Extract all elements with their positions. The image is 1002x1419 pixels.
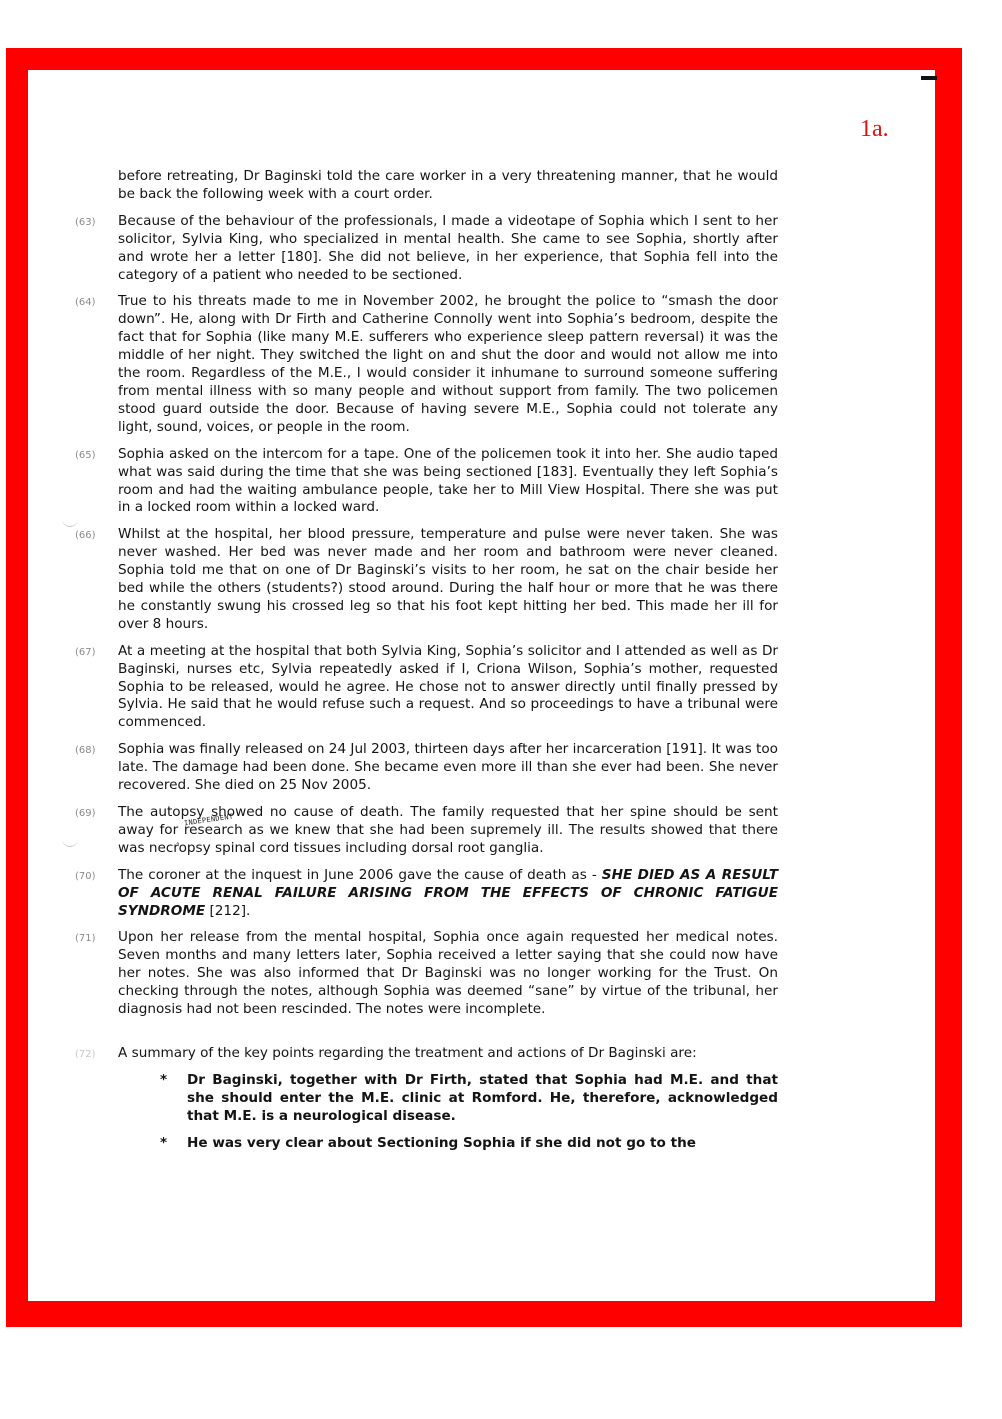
paragraph-number: (68) [75, 742, 96, 760]
margin-punch-mark [62, 838, 78, 847]
paragraph-71: (71) Upon her release from the mental ho… [118, 929, 778, 1019]
paragraph-65: (65) Sophia asked on the intercom for a … [118, 446, 778, 518]
margin-punch-mark [62, 518, 78, 527]
intro-paragraph: before retreating, Dr Baginski told the … [118, 168, 778, 204]
paragraph-text: Sophia was finally released on 24 Jul 20… [118, 741, 778, 793]
asterisk-bullet-icon: * [160, 1135, 167, 1153]
paragraph-text: A summary of the key points regarding th… [118, 1045, 697, 1061]
paragraph-64: (64) True to his threats made to me in N… [118, 293, 778, 436]
red-page-border: 1a. before retreating, Dr Baginski told … [6, 48, 962, 1327]
page-label: 1a. [860, 116, 889, 143]
summary-bullet: * Dr Baginski, together with Dr Firth, s… [187, 1072, 778, 1126]
paragraph-72: (72) A summary of the key points regardi… [118, 1045, 778, 1153]
bullet-text: He was very clear about Sectioning Sophi… [187, 1135, 696, 1151]
spacer [118, 1028, 778, 1045]
asterisk-bullet-icon: * [160, 1072, 167, 1090]
paragraph-text: Whilst at the hospital, her blood pressu… [118, 526, 778, 632]
paragraph-text-after: [212]. [205, 903, 250, 919]
paragraph-number: (67) [75, 644, 96, 662]
insertion-caret-icon: ‸ [176, 832, 179, 850]
paragraph-number: (71) [75, 930, 96, 948]
corner-mark [921, 76, 937, 80]
paragraph-text-before: The coroner at the inquest in June 2006 … [118, 867, 602, 883]
paragraph-70: (70) The coroner at the inquest in June … [118, 867, 778, 921]
paragraph-number: (66) [75, 527, 96, 545]
paragraph-63: (63) Because of the behaviour of the pro… [118, 213, 778, 285]
paragraph-text: Because of the behaviour of the professi… [118, 213, 778, 283]
paragraph-66: (66) Whilst at the hospital, her blood p… [118, 526, 778, 633]
paragraph-number: (64) [75, 294, 96, 312]
paragraph-69: (69) The autopsy showed no cause of deat… [118, 804, 778, 858]
bullet-text: Dr Baginski, together with Dr Firth, sta… [187, 1072, 778, 1124]
paragraph-text: Sophia asked on the intercom for a tape.… [118, 446, 778, 516]
document-page: 1a. before retreating, Dr Baginski told … [28, 70, 935, 1301]
paragraph-text: Upon her release from the mental hospita… [118, 929, 778, 1017]
summary-bullet-list: * Dr Baginski, together with Dr Firth, s… [118, 1072, 778, 1153]
paragraph-67: (67) At a meeting at the hospital that b… [118, 643, 778, 733]
paragraph-68: (68) Sophia was finally released on 24 J… [118, 741, 778, 795]
paragraph-number: (63) [75, 214, 96, 232]
paragraph-number: (65) [75, 447, 96, 465]
paragraph-number: (70) [75, 868, 96, 886]
paragraph-text: At a meeting at the hospital that both S… [118, 643, 778, 731]
document-body: before retreating, Dr Baginski told the … [118, 168, 778, 1162]
paragraph-number: (72) [75, 1046, 96, 1064]
paragraph-text: True to his threats made to me in Novemb… [118, 293, 778, 434]
paragraph-number: (69) [75, 805, 96, 823]
summary-bullet: * He was very clear about Sectioning Sop… [187, 1135, 778, 1153]
